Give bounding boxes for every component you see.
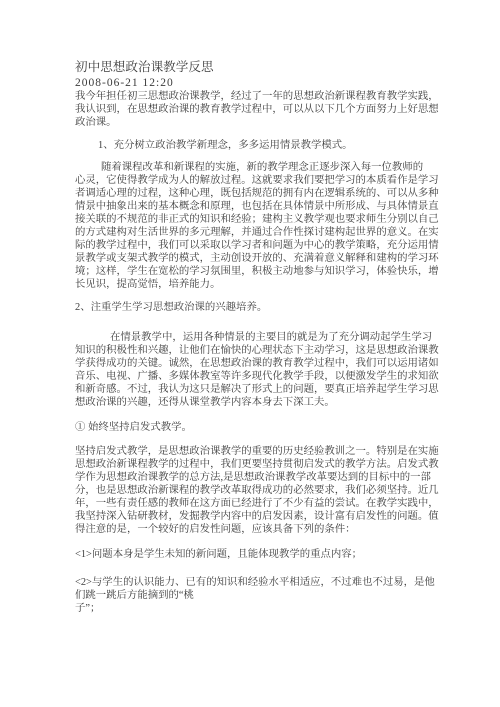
document-page: 初中思想政治课教学反思 2008-06-21 12:20 我今年担任初三思想政治… xyxy=(0,0,500,707)
paragraph-heuristic: 坚持启发式教学，是思想政治课教学的重要的历史经验教训之一。特别是在实施 思想政治… xyxy=(75,445,467,536)
publish-date: 2008-06-21 12:20 xyxy=(75,77,467,90)
paragraph-interest: 在情景教学中，运用各种情景的主要目的就是为了充分调动起学生学习 知识的积极性和兴… xyxy=(75,331,467,409)
article-body: 初中思想政治课教学反思 2008-06-21 12:20 我今年担任初三思想政治… xyxy=(75,0,467,615)
condition-item-2: <2>与学生的认识能力、已有的知识和经验水平相适应，不过难也不过易，是他 们跳一… xyxy=(75,576,467,615)
paragraph-intro: 我今年担任初三思想政治课教学，经过了一年的思想政治新课程教育教学实践， 我认识到… xyxy=(75,90,467,129)
article-title: 初中思想政治课教学反思 xyxy=(75,60,467,75)
condition-item-1: <1>问题本身是学生未知的新问题，且能体现教学的重点内容； xyxy=(75,548,467,561)
section-heading-2: 2、注重学生学习思想政治课的兴趣培养。 xyxy=(75,301,467,314)
sub-heading-circled-1: ① 始终坚持启发式教学。 xyxy=(75,421,467,434)
section-heading-1: 1、充分树立政治教学新理念，多多运用情景教学模式。 xyxy=(75,139,467,152)
paragraph-new-concept: 随着课程改革和新课程的实施，新的教学理念正逐步深入每一位教师的 心灵，它使得教学… xyxy=(75,161,467,291)
